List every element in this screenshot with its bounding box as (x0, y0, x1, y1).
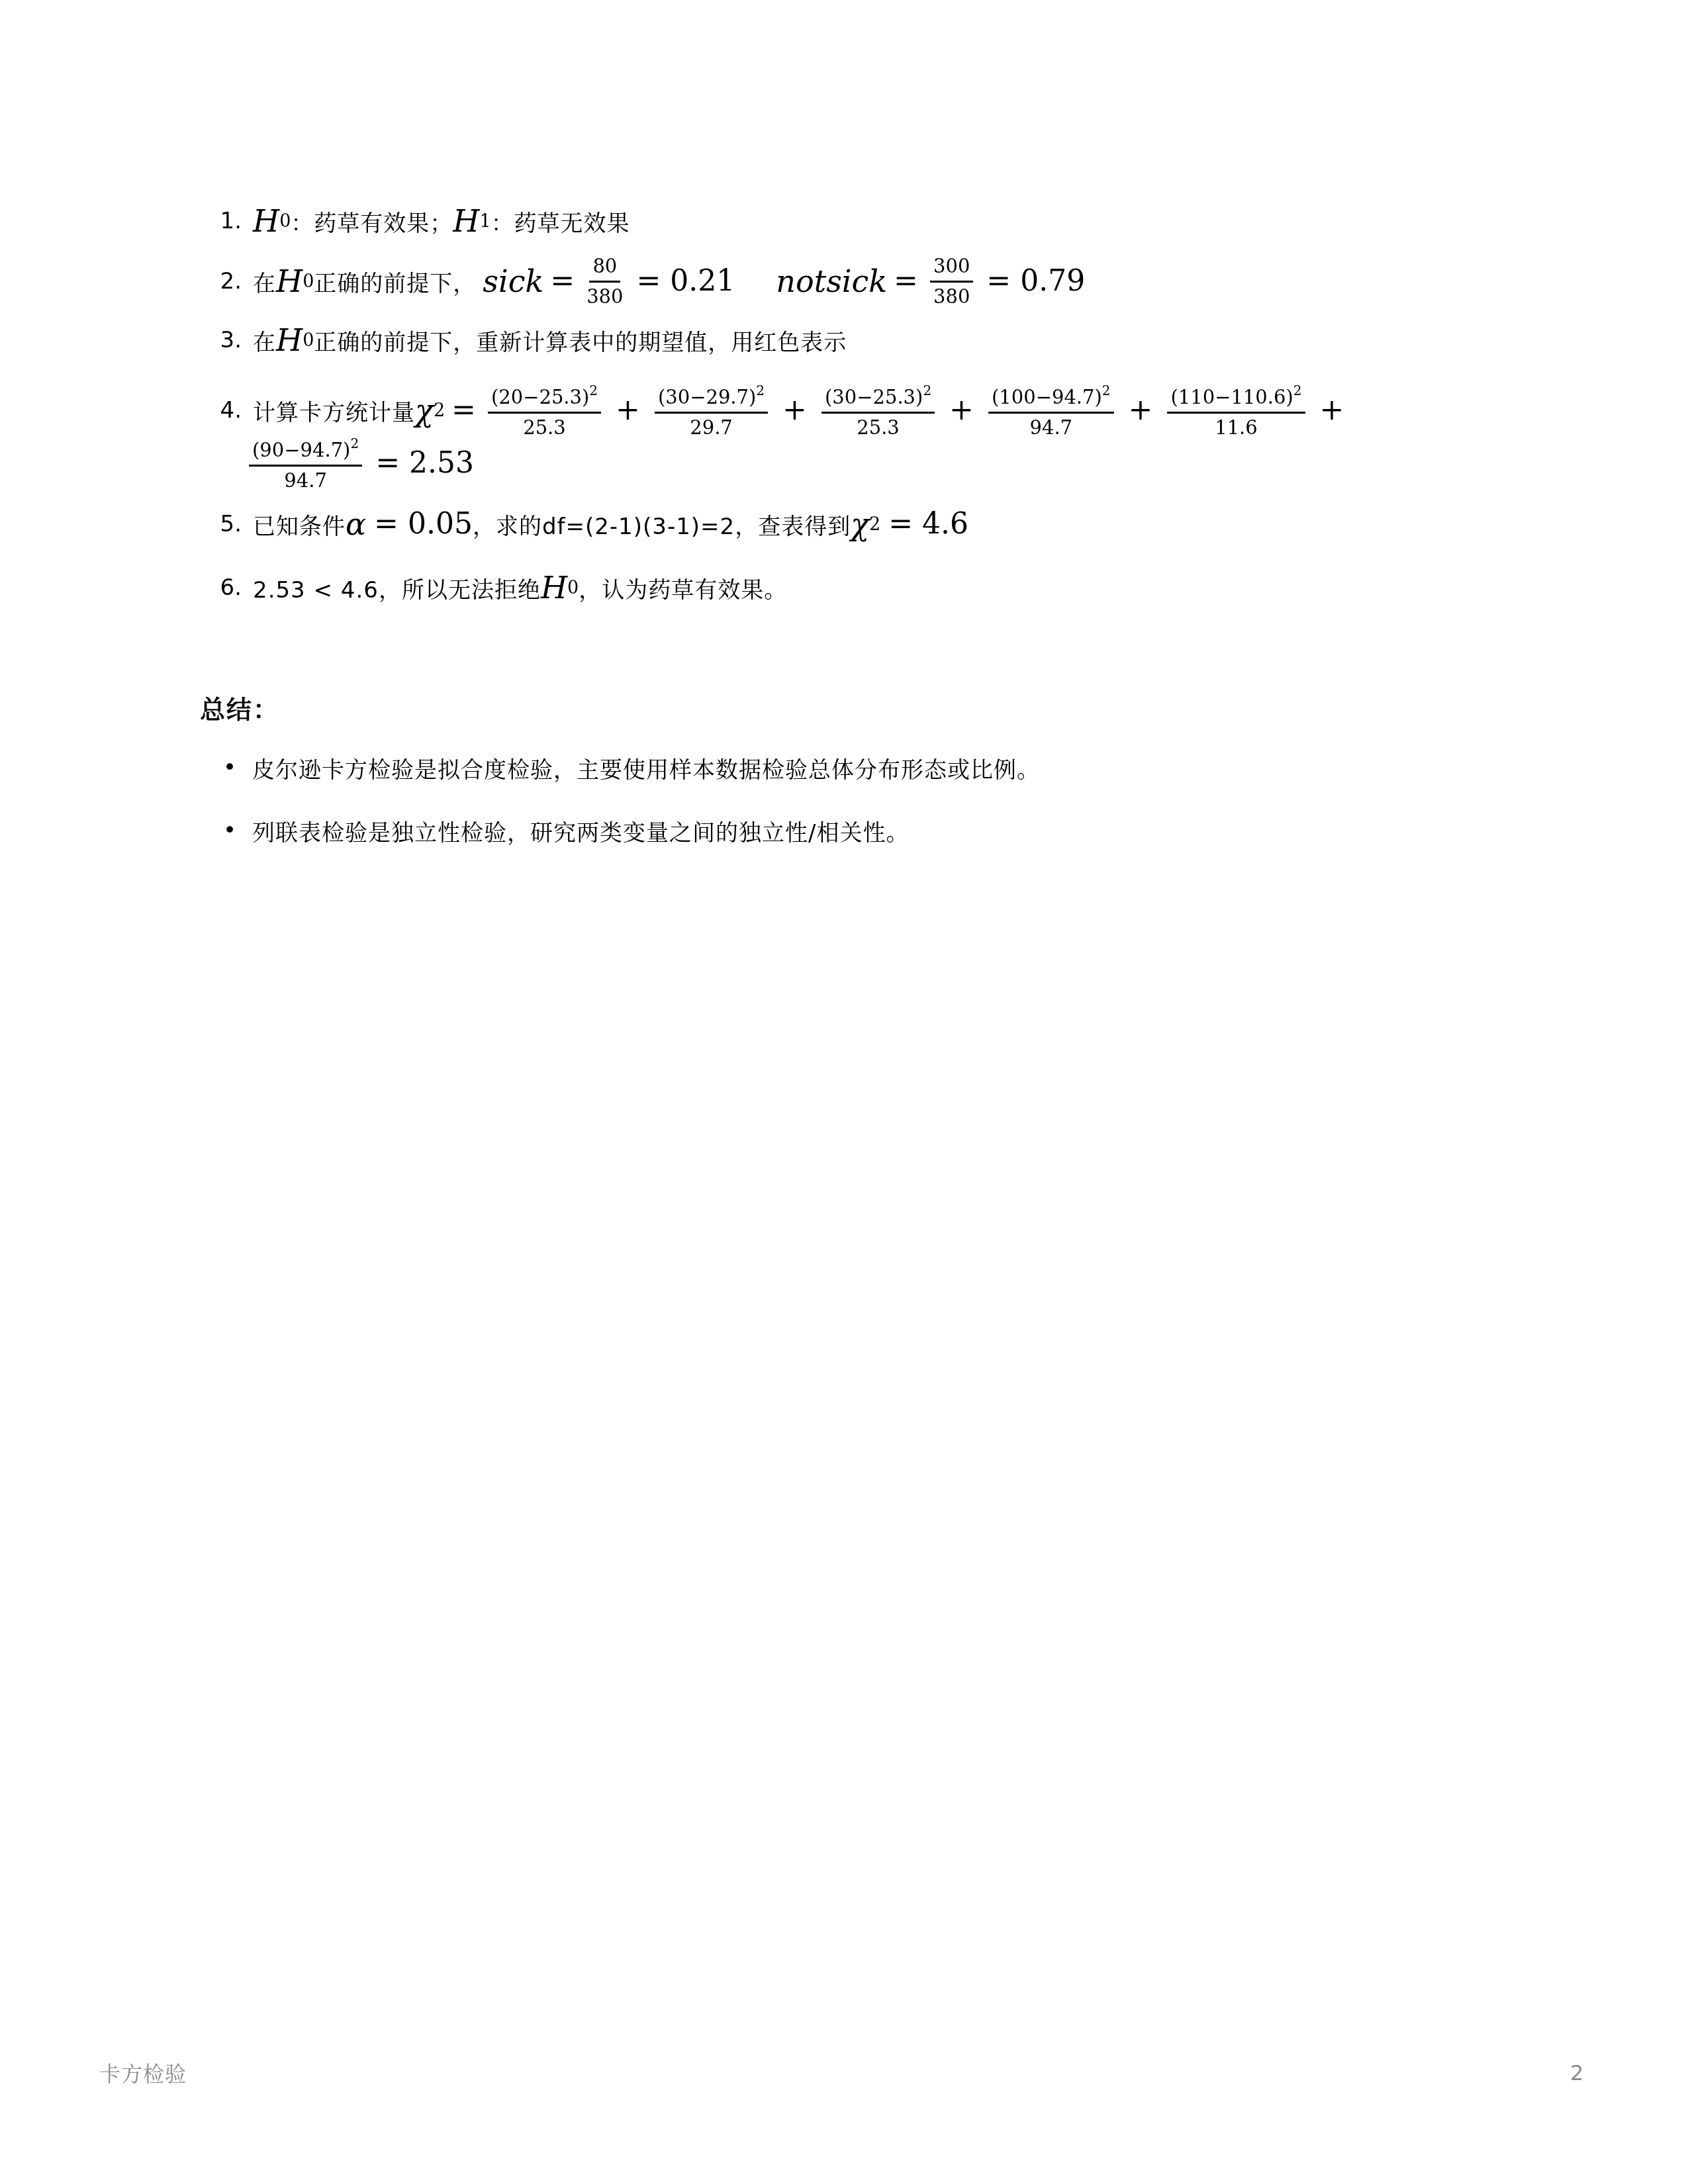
text-segment: ：药草有效果； (291, 205, 453, 238)
text-segment: ：药草无效果 (491, 205, 630, 238)
list-number: 3. (209, 327, 242, 353)
fraction-denominator: 94.7 (284, 467, 327, 490)
math-sub: 0 (303, 332, 314, 349)
plus-sign: + (1129, 396, 1153, 425)
text-segment: 正确的前提下， (314, 265, 476, 298)
text-segment: ，求的df=(2-1)(3-1)=2，查表得到 (473, 508, 851, 541)
text-segment: 已知条件 (253, 508, 346, 541)
text-segment: 计算卡方统计量 (253, 394, 415, 427)
math-var-chi: χ (851, 509, 869, 539)
math-var-notsick: notsick (776, 266, 887, 296)
fraction-numerator: 80 (589, 257, 620, 283)
document-page: 1. H0 ：药草有效果； H1 ：药草无效果 2. 在 H0 正确的前提下， … (0, 0, 1688, 2184)
list-number: 6. (209, 574, 242, 601)
fraction-denominator: 25.3 (523, 414, 566, 437)
fraction-numerator: (20−25.3) (491, 386, 589, 408)
fraction-exponent: 2 (923, 383, 931, 398)
fraction-numerator: (110−110.6) (1170, 386, 1293, 408)
bullet-icon: • (223, 754, 238, 781)
fraction-exponent: 2 (589, 383, 598, 398)
text-segment: 在 (253, 324, 276, 357)
math-result: = 0.05 (374, 510, 473, 539)
list-number: 5. (209, 511, 242, 537)
fraction-denominator: 380 (933, 283, 970, 306)
list-number: 2. (209, 268, 242, 295)
math-var-h0: H (276, 325, 303, 355)
fraction-exponent: 2 (350, 435, 359, 451)
math-result: = 2.53 (375, 449, 474, 478)
bullet-text: 皮尔逊卡方检验是拟合度检验，主要使用样本数据检验总体分布形态或比例。 (252, 752, 1040, 784)
math-var-alpha: α (346, 509, 366, 539)
fraction-numerator: 300 (930, 257, 973, 283)
footer-page-number-row: 2 (1570, 2056, 1584, 2089)
equals-sign: = (550, 267, 575, 296)
fraction: (100−94.7)2 94.7 (988, 384, 1114, 437)
fraction-denominator: 94.7 (1029, 414, 1072, 437)
list-item-6: 6. 2.53 < 4.6，所以无法拒绝 H0 ，认为药草有效果。 (209, 570, 787, 605)
list-number: 4. (209, 397, 242, 424)
math-var-chi: χ (415, 395, 434, 426)
fraction-denominator: 25.3 (857, 414, 900, 437)
fraction: (20−25.3)2 25.3 (488, 384, 601, 437)
fraction: 300 380 (930, 257, 973, 306)
fraction: (110−110.6)2 11.6 (1167, 384, 1305, 437)
summary-bullet-1: • 皮尔逊卡方检验是拟合度检验，主要使用样本数据检验总体分布形态或比例。 (223, 751, 1040, 784)
plus-sign: + (616, 396, 640, 425)
math-sup: 2 (869, 516, 880, 533)
fraction-numerator: (30−29.7) (658, 386, 756, 408)
fraction: (30−29.7)2 29.7 (655, 384, 768, 437)
text-segment: ，认为药草有效果。 (579, 572, 787, 604)
list-item-5: 5. 已知条件 α = 0.05 ，求的df=(2-1)(3-1)=2，查表得到… (209, 503, 968, 545)
fraction-exponent: 2 (756, 383, 765, 398)
math-sub: 1 (479, 212, 491, 230)
summary-heading-row: 总结： (200, 690, 279, 723)
math-result: = 0.21 (637, 267, 735, 296)
footer-document-title: 卡方检验 (99, 2058, 187, 2088)
list-item-2: 2. 在 H0 正确的前提下， sick = 80 380 = 0.21 not… (209, 248, 1085, 314)
summary-bullet-2: • 列联表检验是独立性检验，研究两类变量之间的独立性/相关性。 (223, 814, 909, 847)
fraction-exponent: 2 (1102, 383, 1111, 398)
fraction-numerator: (90−94.7) (252, 439, 350, 461)
math-var-h0: H (253, 206, 279, 236)
list-number: 1. (209, 208, 242, 234)
bullet-text: 列联表检验是独立性检验，研究两类变量之间的独立性/相关性。 (252, 815, 909, 847)
plus-sign: + (1320, 396, 1344, 425)
math-result: = 4.6 (888, 510, 968, 539)
math-sub: 0 (279, 212, 291, 230)
list-item-4-line2: (90−94.7)2 94.7 = 2.53 (244, 432, 474, 495)
math-sub: 0 (567, 579, 579, 597)
list-item-3: 3. 在 H0 正确的前提下，重新计算表中的期望值，用红色表示 (209, 323, 847, 357)
summary-heading: 总结： (200, 689, 279, 725)
math-result: = 0.79 (986, 267, 1085, 296)
fraction-denominator: 29.7 (690, 414, 733, 437)
math-sup: 2 (434, 402, 445, 420)
fraction: 80 380 (586, 257, 623, 306)
math-sub: 0 (303, 273, 314, 291)
text-segment: 正确的前提下，重新计算表中的期望值，用红色表示 (314, 324, 847, 357)
fraction-denominator: 11.6 (1215, 414, 1258, 437)
fraction: (30−25.3)2 25.3 (821, 384, 935, 437)
fraction-numerator: (100−94.7) (992, 386, 1102, 408)
bullet-icon: • (223, 817, 238, 844)
math-var-sick: sick (483, 266, 543, 296)
text-segment: 2.53 < 4.6，所以无法拒绝 (253, 572, 541, 604)
equals-sign: = (894, 267, 918, 296)
page-number: 2 (1570, 2060, 1584, 2085)
math-var-h0: H (541, 572, 567, 603)
text-segment: 在 (253, 265, 276, 298)
math-var-h1: H (453, 206, 479, 236)
equals-sign: = (451, 396, 476, 425)
math-var-h0: H (276, 266, 303, 296)
plus-sign: + (949, 396, 974, 425)
fraction-exponent: 2 (1293, 383, 1302, 398)
fraction: (90−94.7)2 94.7 (249, 437, 362, 490)
footer-title-row: 卡方检验 (99, 2056, 187, 2089)
fraction-denominator: 380 (586, 283, 623, 306)
fraction-numerator: (30−25.3) (825, 386, 923, 408)
plus-sign: + (782, 396, 807, 425)
list-item-1: 1. H0 ：药草有效果； H1 ：药草无效果 (209, 204, 630, 238)
